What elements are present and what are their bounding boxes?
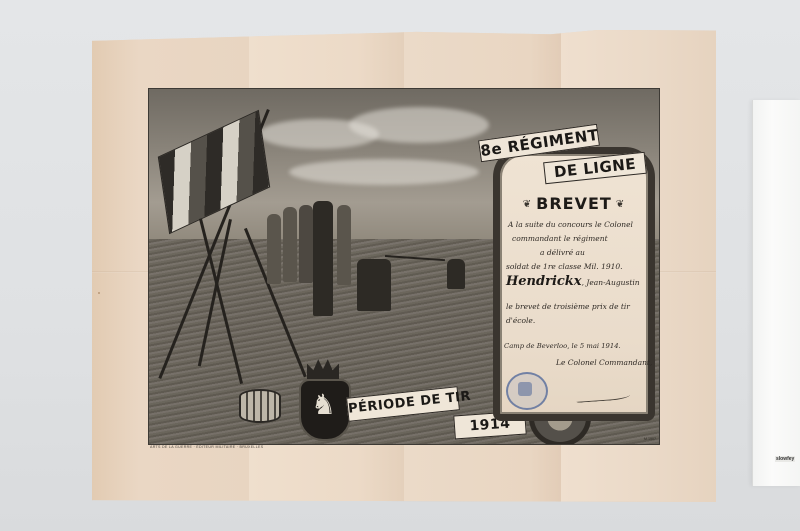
recipient-surname: Hendrickx bbox=[506, 274, 582, 289]
text-line-1: A la suite du concours le Colonel bbox=[508, 220, 633, 229]
archival-sleeve: slowfey bbox=[752, 100, 800, 486]
printer-imprint: ARTS DE LA GUERRE · ÉDITEUR MILITAIRE · … bbox=[150, 445, 263, 449]
award-line-1: le brevet de troisième prix de tir bbox=[506, 302, 630, 311]
belgian-flag bbox=[158, 110, 270, 235]
lion-shield: ♞ bbox=[299, 379, 351, 441]
ornament-left-icon: ❦ bbox=[523, 199, 532, 210]
soldier-figure bbox=[283, 207, 297, 282]
text-line-4: soldat de 1re classe Mil. 1910. bbox=[506, 262, 623, 271]
kneeling-shooter bbox=[357, 259, 391, 311]
engraved-illustration: ♞ PÉRIODE DE TIR 1914 ❦BREVET❦ A la suit… bbox=[148, 88, 660, 445]
distant-shooter bbox=[447, 259, 465, 289]
award-line-2: d'école. bbox=[506, 316, 535, 325]
official-stamp bbox=[506, 372, 548, 410]
soldier-figure bbox=[299, 205, 313, 283]
soldier-figure bbox=[267, 214, 281, 284]
lion-icon: ♞ bbox=[311, 391, 336, 419]
paper-spot bbox=[98, 292, 100, 294]
recipient-line: Hendrickx, Jean-Augustin bbox=[506, 274, 640, 289]
officer-figure bbox=[313, 201, 333, 316]
certificate-paper: ♞ PÉRIODE DE TIR 1914 ❦BREVET❦ A la suit… bbox=[92, 30, 716, 502]
colonel-signature bbox=[576, 388, 631, 403]
artist-mark: M.1907 bbox=[644, 437, 656, 441]
drum bbox=[239, 389, 281, 423]
signatory-title: Le Colonel Commandant, bbox=[556, 358, 652, 367]
text-line-2: commandant le régiment bbox=[512, 234, 608, 243]
ornament-right-icon: ❦ bbox=[616, 199, 625, 210]
text-line-3: a délivré au bbox=[540, 248, 585, 257]
recipient-given-names: Jean-Augustin bbox=[586, 278, 639, 287]
sleeve-label: slowfey bbox=[775, 456, 795, 462]
place-date: Camp de Beverloo, le 5 mai 1914. bbox=[504, 342, 621, 350]
soldier-figure bbox=[337, 205, 351, 285]
certificate-title: ❦BREVET❦ bbox=[500, 194, 648, 213]
certificate-cartouche: ❦BREVET❦ A la suite du concours le Colon… bbox=[493, 147, 655, 421]
